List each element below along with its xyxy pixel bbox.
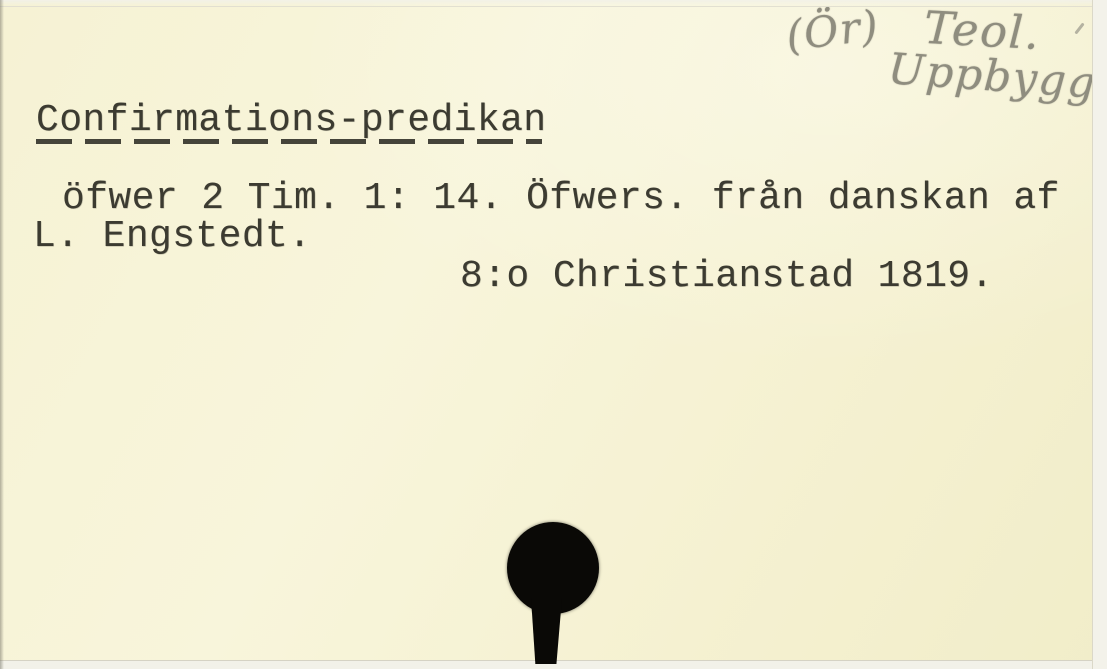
body-line-1: öfwer 2 Tim. 1: 14. Öfwers. från danskan… bbox=[62, 180, 1060, 218]
scan-edge-left bbox=[0, 0, 4, 669]
scanned-catalog-card: (Ör) Teol. Uppbygg. Confirmations-predik… bbox=[0, 0, 1107, 669]
pencil-mark bbox=[1074, 22, 1084, 34]
scan-edge-top bbox=[0, 0, 1107, 7]
scan-edge-right bbox=[1092, 0, 1107, 669]
catalog-card: (Ör) Teol. Uppbygg. Confirmations-predik… bbox=[0, 0, 1107, 669]
punch-hole-slot-icon bbox=[531, 598, 562, 664]
card-title: Confirmations-predikan bbox=[36, 102, 546, 140]
handwritten-subject-uppbygg: Uppbygg. bbox=[887, 44, 1107, 109]
body-line-2: L. Engstedt. bbox=[33, 218, 311, 256]
title-underline bbox=[36, 139, 542, 144]
handwritten-shelf-code: (Ör) bbox=[783, 0, 882, 60]
imprint-line: 8:o Christianstad 1819. bbox=[460, 258, 994, 296]
